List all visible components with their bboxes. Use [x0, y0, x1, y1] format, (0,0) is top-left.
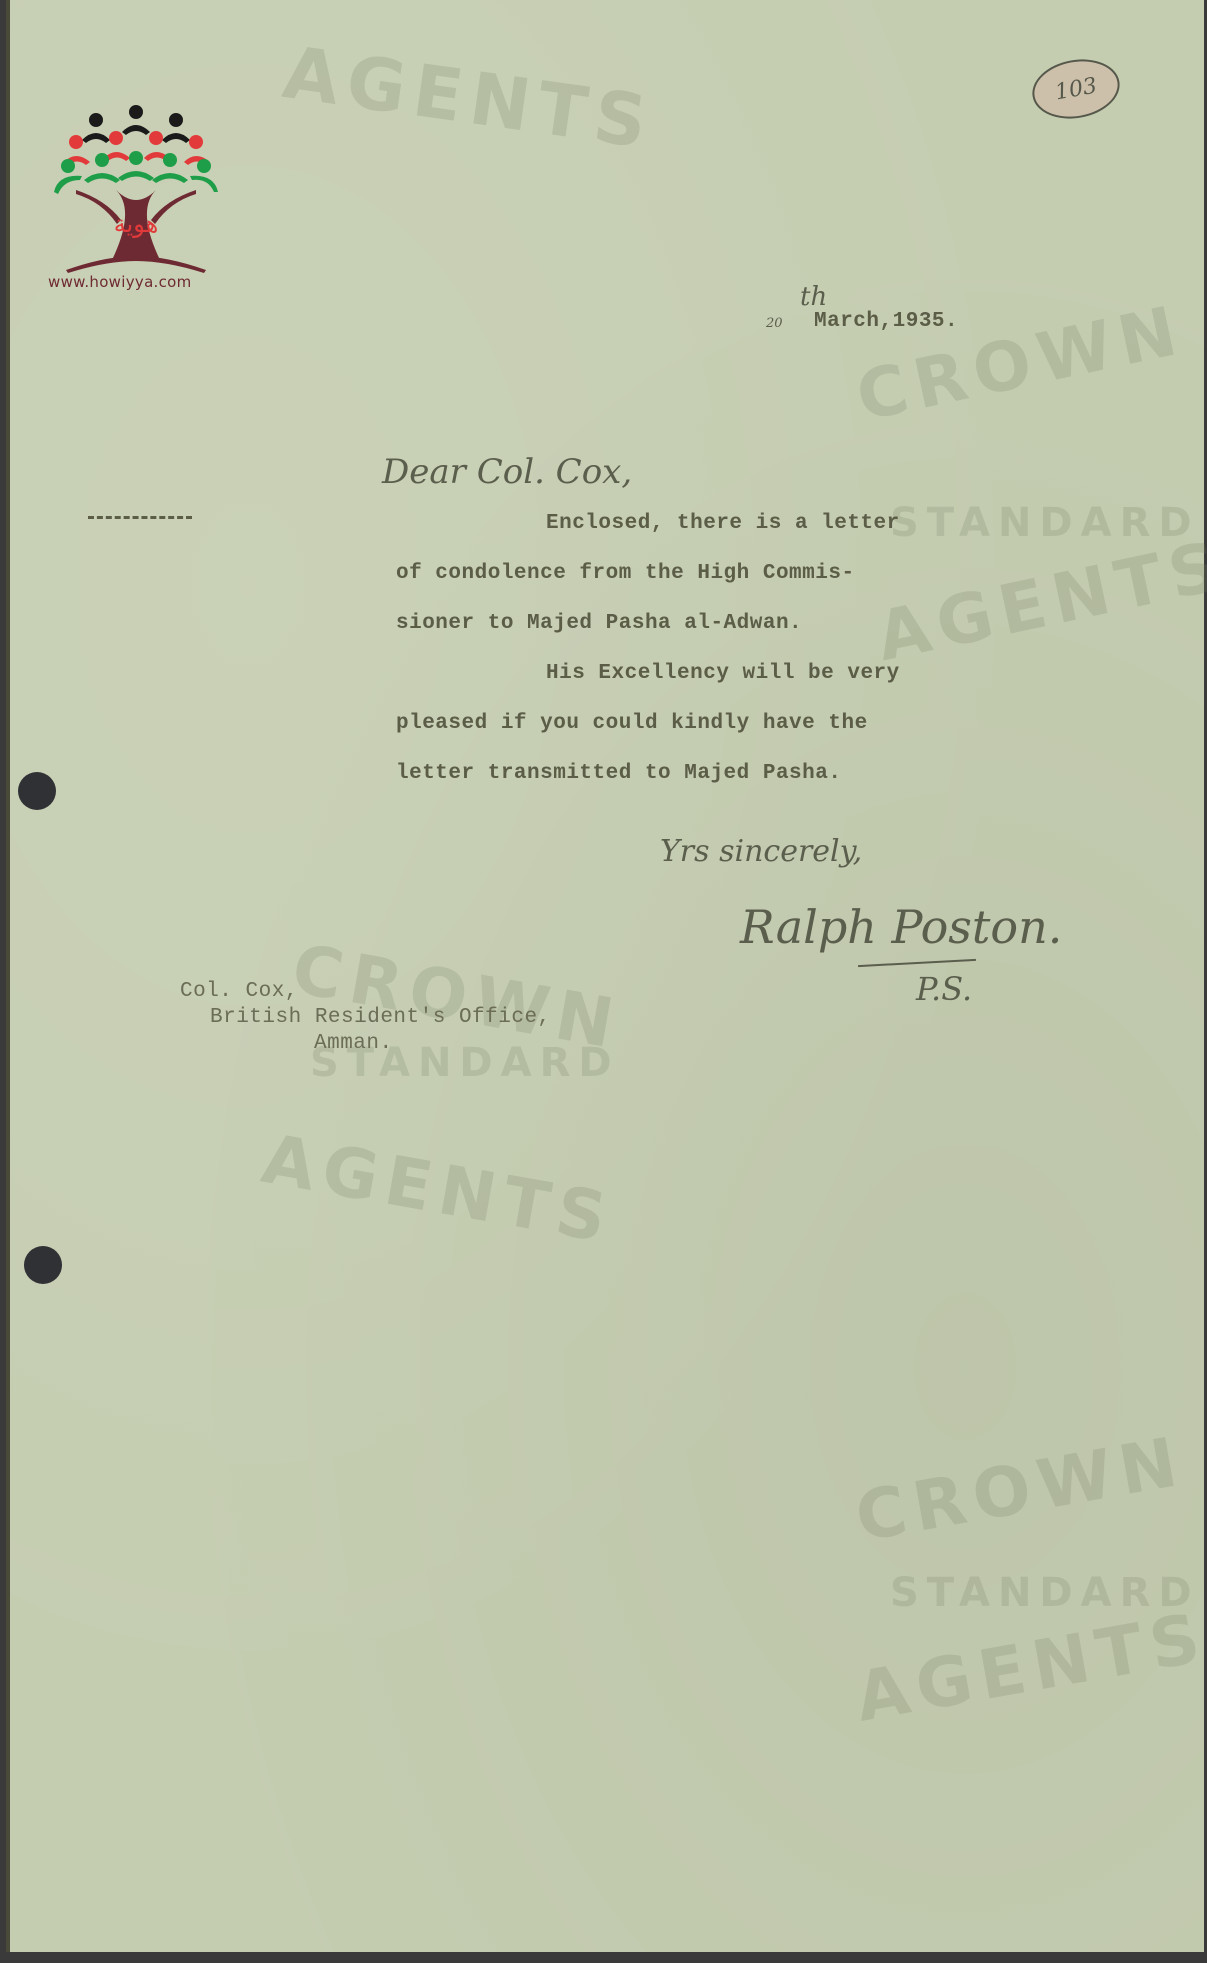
- punch-hole-lower: [24, 1246, 62, 1284]
- address-line-2: British Resident's Office,: [210, 1006, 551, 1029]
- watermark-agents-1: AGENTS: [870, 526, 1207, 677]
- watermark-agents-3: AGENTS: [850, 1598, 1207, 1737]
- svg-text:هوية: هوية: [114, 210, 159, 238]
- signature-handwritten: Ralph Poston.: [740, 900, 1062, 954]
- body-line-5: pleased if you could kindly have the: [396, 712, 868, 735]
- address-line-1: Col. Cox,: [180, 980, 298, 1003]
- salutation-handwritten: Dear Col. Cox,: [382, 452, 632, 492]
- date-day-handwritten: 20: [766, 316, 783, 331]
- date-typed: March,1935.: [814, 310, 958, 333]
- body-line-1: Enclosed, there is a letter: [546, 512, 900, 535]
- body-line-2: of condolence from the High Commis-: [396, 562, 855, 585]
- folio-number: 103: [1053, 73, 1099, 105]
- watermark-agents-top: AGENTS: [278, 30, 659, 165]
- body-line-6: letter transmitted to Majed Pasha.: [396, 762, 841, 785]
- signature-title-handwritten: P.S.: [916, 970, 972, 1008]
- address-line-3: Amman.: [314, 1032, 393, 1055]
- body-line-3: sioner to Majed Pasha al-Adwan.: [396, 612, 802, 635]
- watermark-crown-3: CROWN: [850, 1422, 1191, 1557]
- signature-underline: [858, 959, 976, 967]
- closing-handwritten: Yrs sincerely,: [660, 834, 862, 869]
- margin-dash-marker: [88, 516, 192, 519]
- body-line-4: His Excellency will be very: [546, 662, 900, 685]
- logo-url-text[interactable]: www.howiyya.com: [48, 273, 192, 291]
- howiyya-tree-logo-icon: هوية: [46, 100, 226, 300]
- folio-number-stamp: 103: [1028, 53, 1125, 125]
- letter-page: AGENTS CROWN STANDARD AGENTS CROWN STAND…: [6, 0, 1204, 1952]
- date-ordinal-handwritten: th: [800, 282, 827, 312]
- watermark-agents-2: AGENTS: [256, 1120, 619, 1259]
- punch-hole-upper: [18, 772, 56, 810]
